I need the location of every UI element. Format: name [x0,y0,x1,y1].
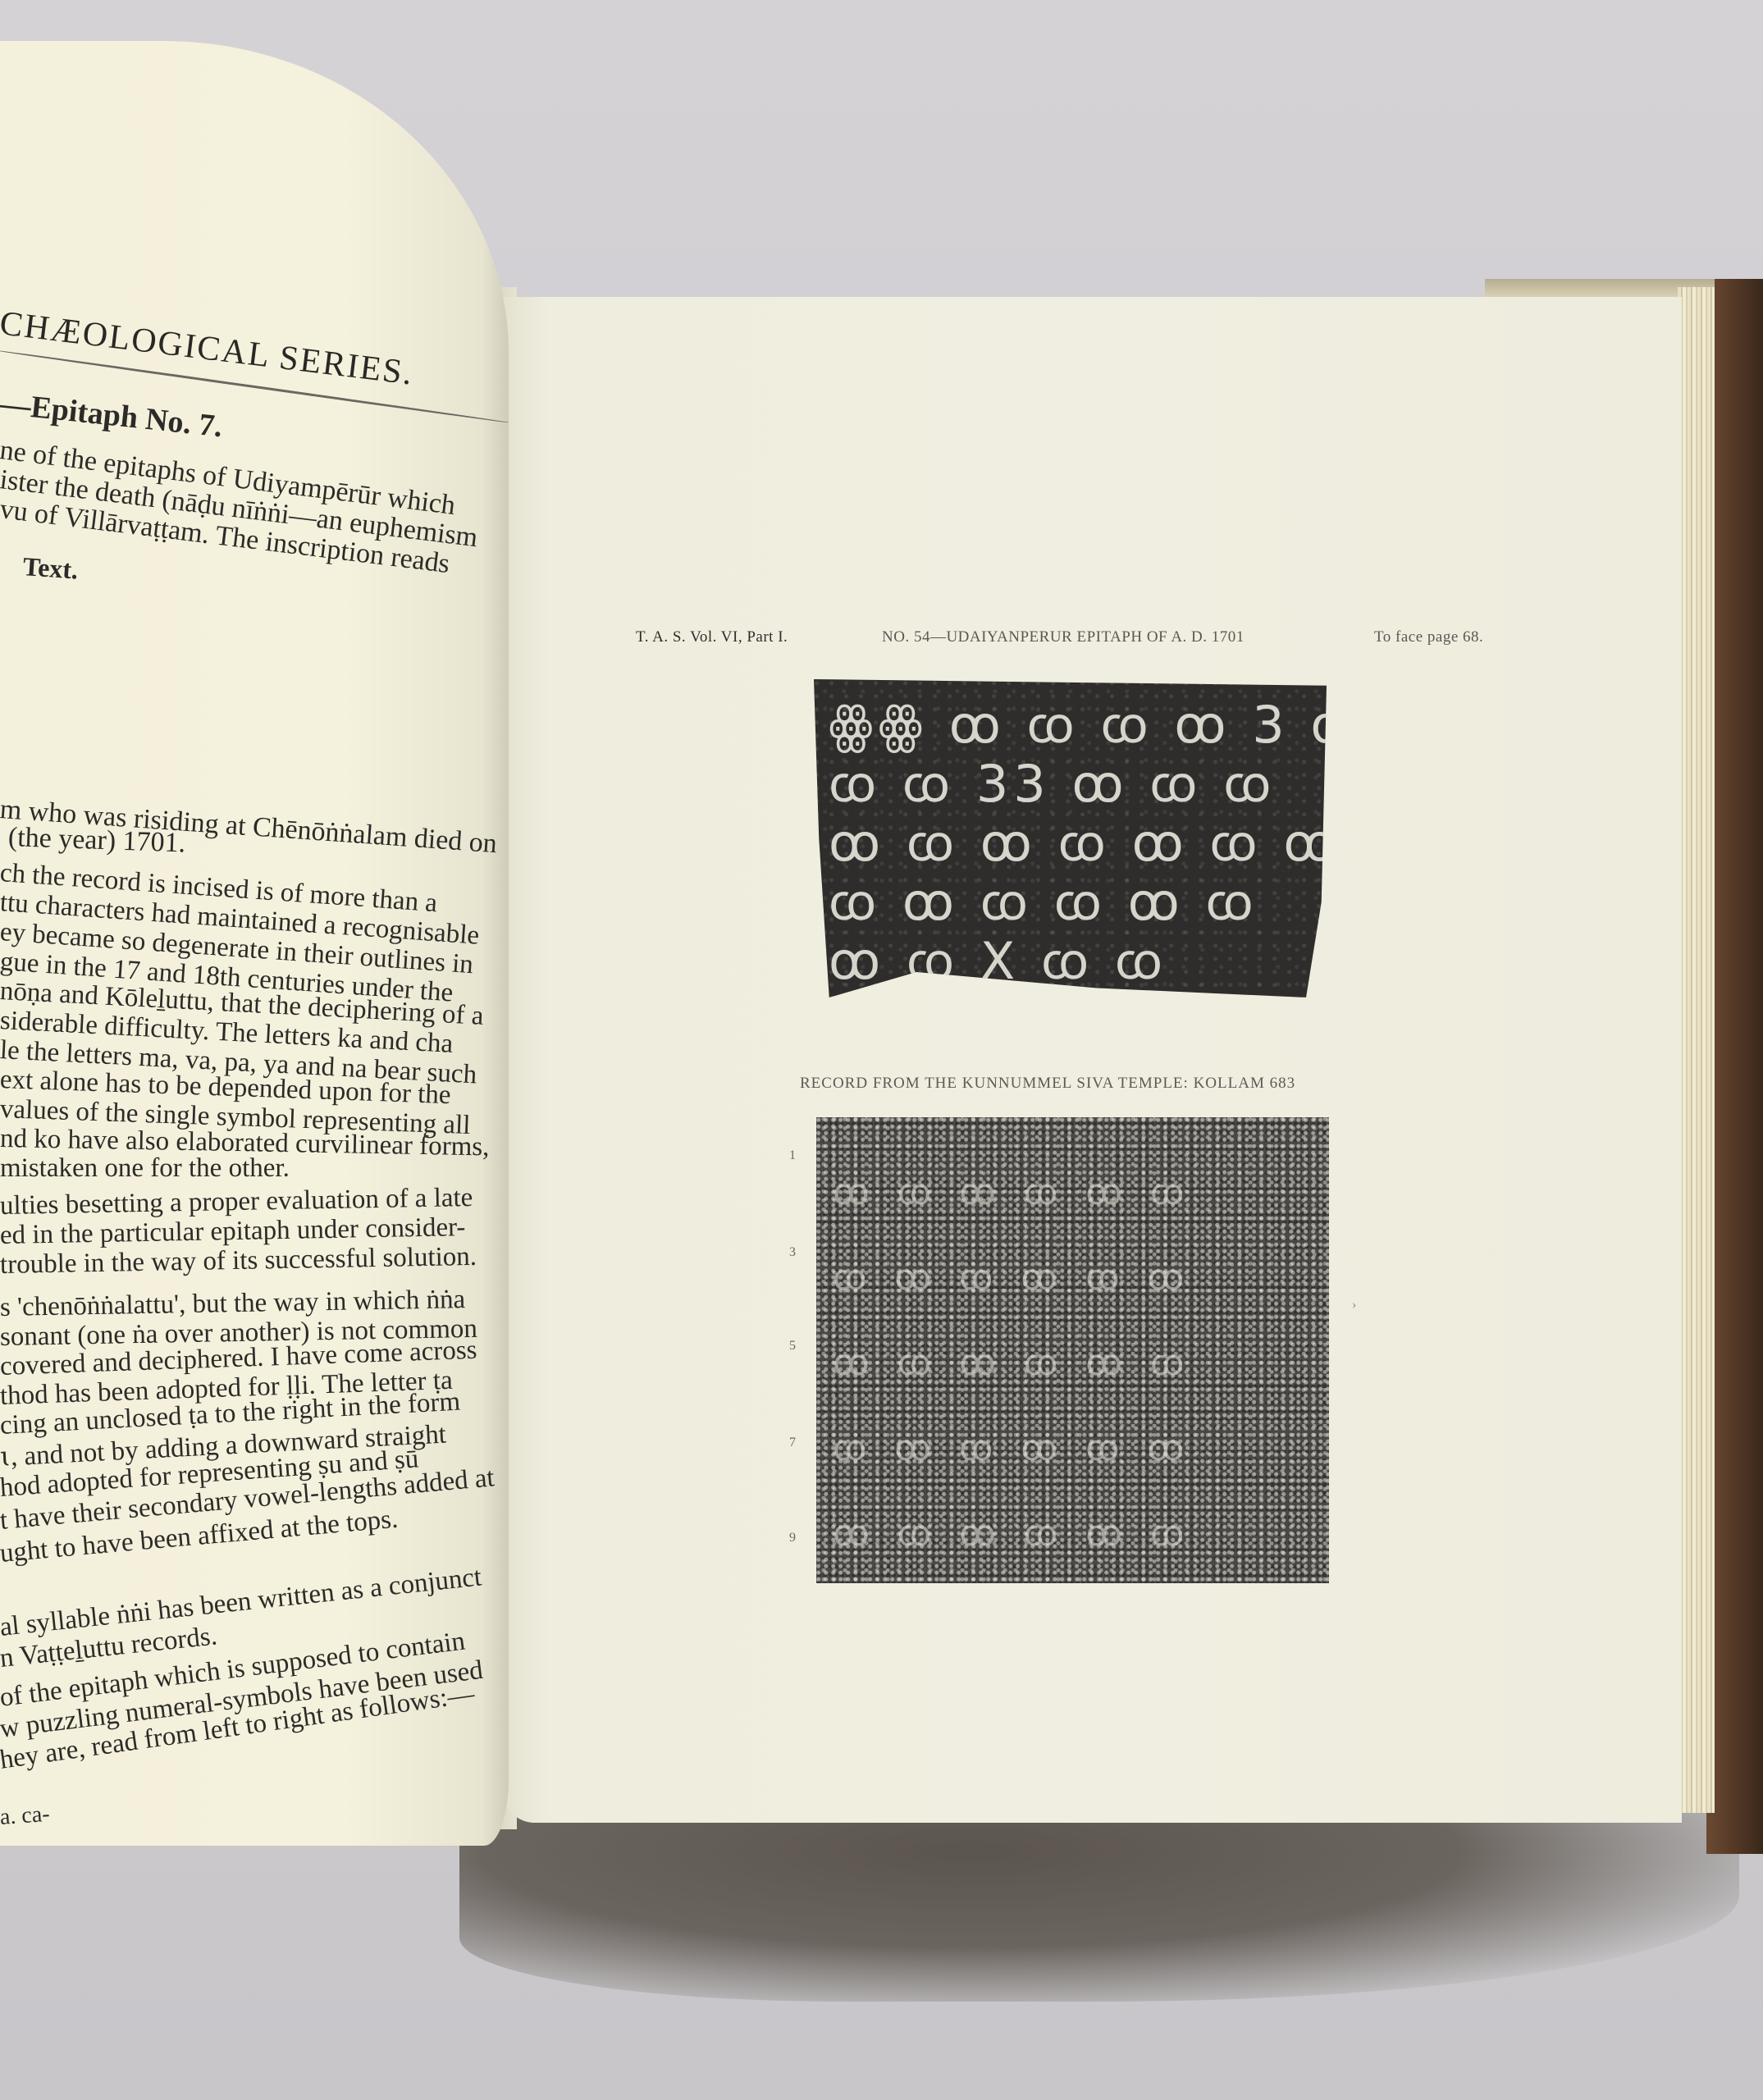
paragraph-line: mistaken one for the other. [0,1153,290,1184]
line-number: 1 [789,1148,796,1163]
plate-volume-label: T. A. S. Vol. VI, Part I. [636,628,788,646]
text-heading: Text. [22,551,80,586]
margin-mark: › [1352,1298,1356,1312]
book-cover-edge [1706,279,1763,1854]
inscription-glyphs: ꙮꙮ ꝏ ꭃ ꭃ ꝏ 3 ꝏ ꭃ ꭃ 33 ꝏ ꭃ ꭃ ꝏ ꭃ ꝏ ꭃ ꝏ ꭃ … [814,679,1327,997]
plate-title: NO. 54—UDAIYANPERUR EPITAPH OF A. D. 170… [882,628,1245,646]
inscription-rubbing-kunnummel: ꝏ ꭃ ꝏ ꭃ ꝏ ꭃ ꭃ ꝏ ꭃ ꝏ ꭃ ꝏ ꝏ ꭃ ꝏ ꭃ ꝏ ꭃ ꭃ ꝏ … [816,1117,1329,1583]
plate-caption-kunnummel: RECORD FROM THE KUNNUMMEL SIVA TEMPLE: K… [800,1075,1295,1093]
line-number: 3 [789,1245,796,1260]
translation-line: (the year) 1701. [7,822,185,860]
epitaph-heading: —Epitaph No. 7. [0,386,224,445]
line-number: 7 [789,1436,796,1450]
inscription-rubbing-udaiyanperur: ꙮꙮ ꝏ ꭃ ꭃ ꝏ 3 ꝏ ꭃ ꭃ 33 ꝏ ꭃ ꭃ ꝏ ꭃ ꝏ ꭃ ꝏ ꭃ … [814,679,1327,997]
line-number: 9 [789,1531,796,1545]
left-page-text: CHÆOLOGICAL SERIES. —Epitaph No. 7. ne o… [0,0,509,1846]
inscription-glyphs: ꝏ ꭃ ꝏ ꭃ ꝏ ꭃ ꭃ ꝏ ꭃ ꝏ ꭃ ꝏ ꝏ ꭃ ꝏ ꭃ ꝏ ꭃ ꭃ ꝏ … [816,1117,1329,1583]
page-stack-edge [1678,287,1715,1813]
right-page [502,297,1682,1823]
facing-page-note: To face page 68. [1374,628,1483,646]
line-number: 5 [789,1339,796,1354]
paragraph-line: al syllable ṅṅi has been written as a co… [0,1562,483,1642]
footer-fragment: a. ca- [0,1801,51,1831]
